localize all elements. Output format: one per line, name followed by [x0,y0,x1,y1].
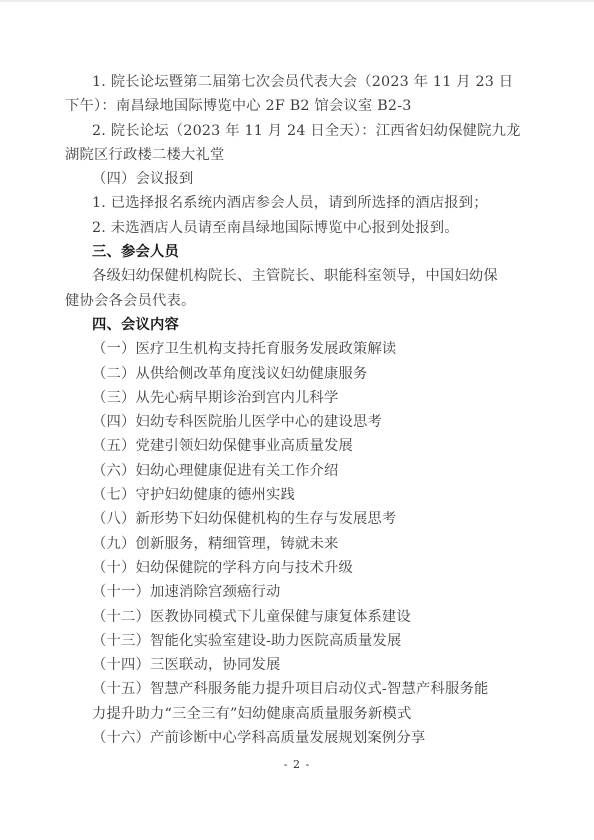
doc-heading-contents: 四、会议内容 [65,313,535,337]
doc-line-topic-05: （五）党建引领妇幼保健事业高质量发展 [65,434,535,458]
doc-line-topic-03: （三）从先心病早期诊治到宫内儿科学 [65,386,535,410]
doc-line-topic-07: （七）守护妇幼健康的德州实践 [65,483,535,507]
doc-line-topic-06: （六）妇幼心理健康促进有关工作介绍 [65,459,535,483]
doc-line-topic-11: （十一）加速消除宫颈癌行动 [65,580,535,604]
page-footer: - 2 - [0,753,594,772]
doc-line-topic-10: （十）妇幼保健院的学科方向与技术升级 [65,556,535,580]
doc-line-topic-16: （十六）产前诊断中心学科高质量发展规划案例分享 [65,726,535,750]
doc-line-topic-13: （十三）智能化实验室建设-助力医院高质量发展 [65,629,535,653]
doc-line-agenda-item-2-wrap: 湖院区行政楼二楼大礼堂 [65,143,535,167]
doc-line-attendees-text: 各级妇幼保健机构院长、主管院长、职能科室领导，中国妇幼保 [65,264,535,288]
doc-line-attendees-text-wrap: 健协会各会员代表。 [65,289,535,313]
doc-line-topic-15-wrap: 力提升助力“三全三有”妇幼健康高质量服务新模式 [65,702,535,726]
page-top-edge [0,0,594,2]
page-number: - 2 - [284,758,310,771]
doc-line-topic-02: （二）从供给侧改革角度浅议妇幼健康服务 [65,362,535,386]
doc-line-registration-item-1: 1. 已选择报名系统内酒店参会人员，请到所选择的酒店报到； [65,191,535,215]
doc-line-topic-14: （十四）三医联动，协同发展 [65,653,535,677]
doc-heading-attendees: 三、参会人员 [65,240,535,264]
doc-line-topic-15: （十五）智慧产科服务能力提升项目启动仪式-智慧产科服务能 [65,677,535,701]
doc-line-topic-04: （四）妇幼专科医院胎儿医学中心的建设思考 [65,410,535,434]
doc-line-topic-12: （十二）医教协同模式下儿童保健与康复体系建设 [65,605,535,629]
doc-line-agenda-item-1: 1. 院长论坛暨第二届第七次会员代表大会（2023 年 11 月 23 日 [65,70,535,94]
document-body: 1. 院长论坛暨第二届第七次会员代表大会（2023 年 11 月 23 日 下午… [65,70,535,750]
doc-line-agenda-item-1-wrap: 下午）：南昌绿地国际博览中心 2F B2 馆会议室 B2-3 [65,94,535,118]
doc-line-registration-heading: （四）会议报到 [65,167,535,191]
doc-line-registration-item-2: 2. 未选酒店人员请至南昌绿地国际博览中心报到处报到。 [65,216,535,240]
doc-line-agenda-item-2: 2. 院长论坛（2023 年 11 月 24 日全天）：江西省妇幼保健院九龙 [65,119,535,143]
document-page: 1. 院长论坛暨第二届第七次会员代表大会（2023 年 11 月 23 日 下午… [0,0,594,840]
doc-line-topic-01: （一）医疗卫生机构支持托育服务发展政策解读 [65,337,535,361]
doc-line-topic-08: （八）新形势下妇幼保健机构的生存与发展思考 [65,507,535,531]
doc-line-topic-09: （九）创新服务，精细管理，铸就未来 [65,532,535,556]
